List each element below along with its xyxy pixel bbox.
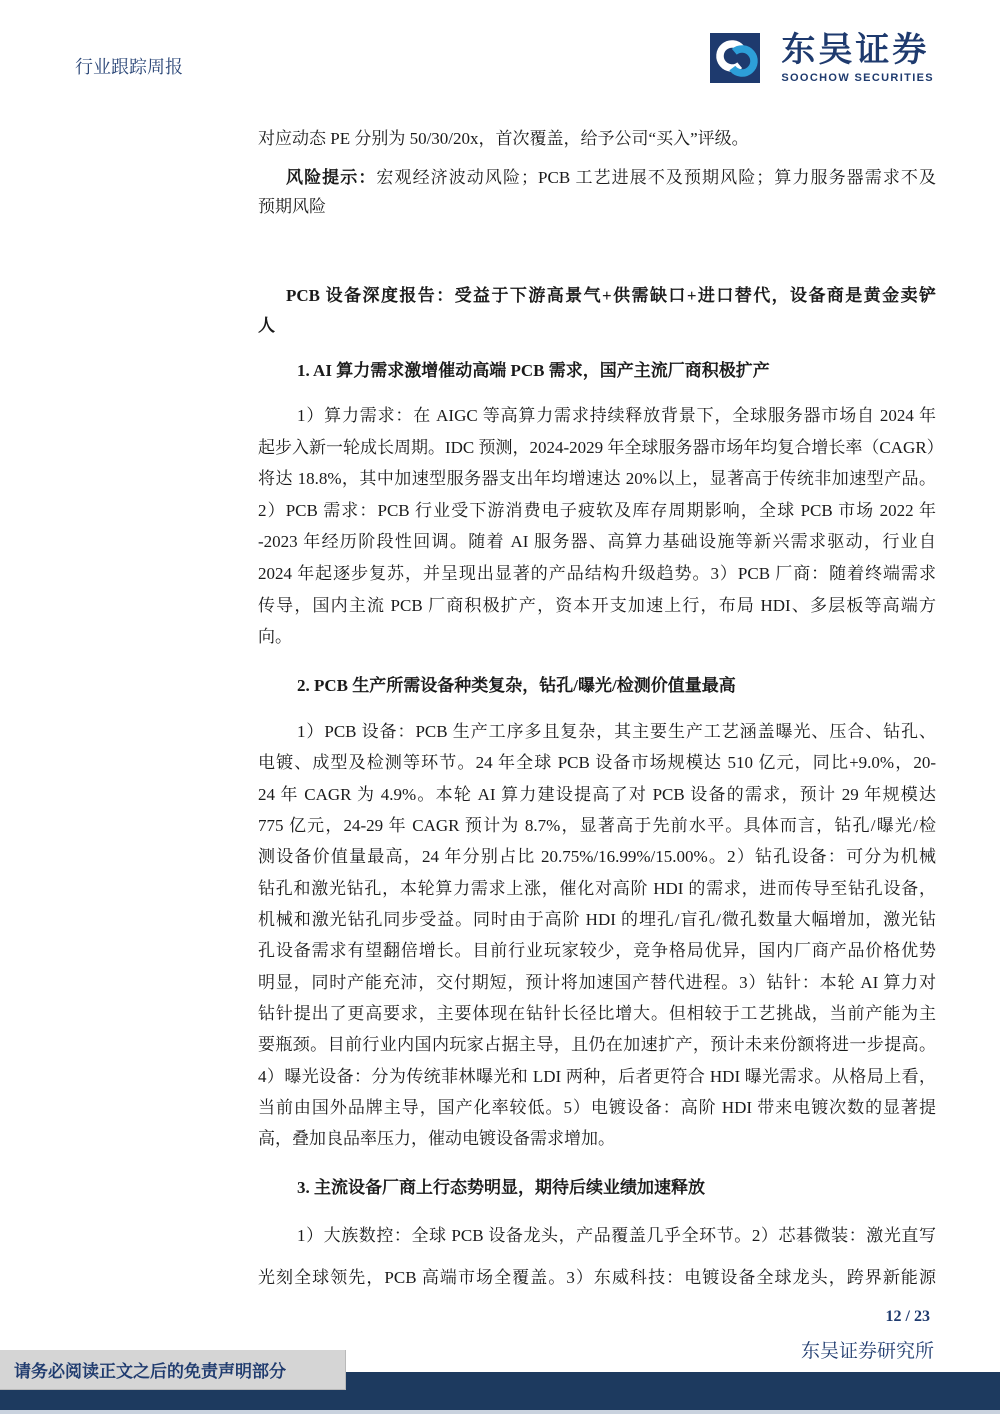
text-line: 2）PCB 需求：PCB 行业受下游消费电子疲软及库存周期影响，全球 PCB 市…: [258, 495, 936, 527]
paragraph-demand: 1）算力需求：在 AIGC 等高算力需求持续释放背景下，全球服务器市场自 202…: [258, 400, 936, 653]
paragraph-intro: 对应动态 PE 分别为 50/30/20x，首次覆盖，给予公司“买入”评级。: [258, 124, 936, 154]
text-line: 钻针提出了更高要求，主要体现在钻针长径比增大。但相较于工艺挑战，当前产能为主: [258, 998, 936, 1029]
paragraph-equipment: 1）PCB 设备：PCB 生产工序多且复杂，其主要生产工艺涵盖曝光、压合、钻孔、…: [258, 716, 936, 1155]
risk-lead-label: 风险提示：: [286, 168, 376, 187]
heading-line: 3. 主流设备厂商上行态势明显，期待后续业绩加速释放: [258, 1173, 936, 1203]
text-line: 测设备价值量最高，24 年分别占比 20.75%/16.99%/15.00%。2…: [258, 841, 936, 872]
text-line: 高，叠加良品率压力，催动电镀设备需求增加。: [258, 1123, 936, 1154]
text-line: 机械和激光钻孔同步受益。同时由于高阶 HDI 的埋孔/盲孔/微孔数量大幅增加，激…: [258, 904, 936, 935]
disclaimer-box: 请务必阅读正文之后的免责声明部分: [0, 1350, 346, 1390]
text-line: -2023 年经历阶段性回调。随着 AI 服务器、高算力基础设施等新兴需求驱动，…: [258, 526, 936, 558]
soochow-logo-icon: [710, 33, 768, 83]
disclaimer-text: 请务必阅读正文之后的免责声明部分: [14, 1357, 286, 1382]
text-line: 钻孔和激光钻孔，本轮算力需求上涨，催化对高阶 HDI 的需求，进而传导至钻孔设备…: [258, 873, 936, 904]
text-line: PCB 设备深度报告：受益于下游高景气+供需缺口+进口替代，设备商是黄金卖铲: [258, 281, 936, 311]
footer-bottom-strip: [0, 1410, 1000, 1414]
text-line: 当前由国外品牌主导，国产化率较低。5）电镀设备：高阶 HDI 带来电镀次数的显著…: [258, 1092, 936, 1123]
brand-name: 东吴证券 SOOCHOW SECURITIES: [781, 33, 934, 84]
text-line: 风险提示：宏观经济波动风险；PCB 工艺进展不及预期风险；算力服务器需求不及: [258, 164, 936, 193]
section-heading-1: 1. AI 算力需求激增催动高端 PCB 需求，国产主流厂商积极扩产: [258, 356, 936, 386]
text-line: 预期风险: [258, 193, 936, 222]
text-line: 对应动态 PE 分别为 50/30/20x，首次覆盖，给予公司“买入”评级。: [258, 124, 936, 154]
report-page: 行业跟踪周报 东吴证券 SOOCHOW SECURITIES 对应动态 PE 分…: [0, 0, 1000, 1414]
text-line: 要瓶颈。目前行业内国内玩家占据主导，且仍在加速扩产，预计未来份额将进一步提高。: [258, 1029, 936, 1060]
text-line: 起步入新一轮成长周期。IDC 预测，2024-2029 年全球服务器市场年均复合…: [258, 432, 936, 464]
heading-line: 1. AI 算力需求激增催动高端 PCB 需求，国产主流厂商积极扩产: [258, 356, 936, 386]
page-number: 12 / 23: [886, 1308, 930, 1326]
text-line: 人: [258, 311, 936, 341]
text-line: 775 亿元，24-29 年 CAGR 预计为 8.7%，显著高于先前水平。具体…: [258, 810, 936, 841]
text-line: 1）大族数控：全球 PCB 设备龙头，产品覆盖几乎全环节。2）芯碁微装：激光直写: [258, 1215, 936, 1257]
text-line: 孔设备需求有望翻倍增长。目前行业玩家较少，竞争格局优异，国内厂商产品价格优势: [258, 935, 936, 966]
paragraph-companies: 1）大族数控：全球 PCB 设备龙头，产品覆盖几乎全环节。2）芯碁微装：激光直写…: [258, 1215, 936, 1299]
text-line: 向。: [258, 621, 936, 653]
paragraph-report-title: PCB 设备深度报告：受益于下游高景气+供需缺口+进口替代，设备商是黄金卖铲 人: [258, 281, 936, 341]
research-institute-label: 东吴证券研究所: [801, 1336, 934, 1363]
text-line: 2024 年起逐步复苏，并呈现出显著的产品结构升级趋势。3）PCB 厂商：随着终…: [258, 558, 936, 590]
brand-name-cn: 东吴证券: [781, 33, 934, 69]
text-line: 24 年 CAGR 为 4.9%。本轮 AI 算力建设提高了对 PCB 设备的需…: [258, 779, 936, 810]
section-heading-3: 3. 主流设备厂商上行态势明显，期待后续业绩加速释放: [258, 1173, 936, 1203]
report-type-label: 行业跟踪周报: [75, 53, 183, 79]
text-line: 电镀、成型及检测等环节。24 年全球 PCB 设备市场规模达 510 亿元，同比…: [258, 747, 936, 778]
section-heading-2: 2. PCB 生产所需设备种类复杂，钻孔/曝光/检测价值量最高: [258, 671, 936, 701]
brand-name-en: SOOCHOW SECURITIES: [781, 72, 934, 84]
heading-line: 2. PCB 生产所需设备种类复杂，钻孔/曝光/检测价值量最高: [258, 671, 936, 701]
text-line: 光刻全球领先，PCB 高端市场全覆盖。3）东威科技：电镀设备全球龙头，跨界新能源: [258, 1257, 936, 1299]
brand-logo: 东吴证券 SOOCHOW SECURITIES: [710, 33, 934, 84]
text-line: 1）PCB 设备：PCB 生产工序多且复杂，其主要生产工艺涵盖曝光、压合、钻孔、: [258, 716, 936, 747]
text-line: 1）算力需求：在 AIGC 等高算力需求持续释放背景下，全球服务器市场自 202…: [258, 400, 936, 432]
text-line: 传导，国内主流 PCB 厂商积极扩产，资本开支加速上行，布局 HDI、多层板等高…: [258, 590, 936, 622]
risk-line-rest: 宏观经济波动风险；PCB 工艺进展不及预期风险；算力服务器需求不及: [376, 168, 936, 187]
text-line: 明显，同时产能充沛，交付期短，预计将加速国产替代进程。3）钻针：本轮 AI 算力…: [258, 967, 936, 998]
text-line: 将达 18.8%，其中加速型服务器支出年均增速达 20%以上，显著高于传统非加速…: [258, 463, 936, 495]
paragraph-risk: 风险提示：宏观经济波动风险；PCB 工艺进展不及预期风险；算力服务器需求不及 预…: [258, 164, 936, 221]
text-line: 4）曝光设备：分为传统菲林曝光和 LDI 两种，后者更符合 HDI 曝光需求。从…: [258, 1061, 936, 1092]
